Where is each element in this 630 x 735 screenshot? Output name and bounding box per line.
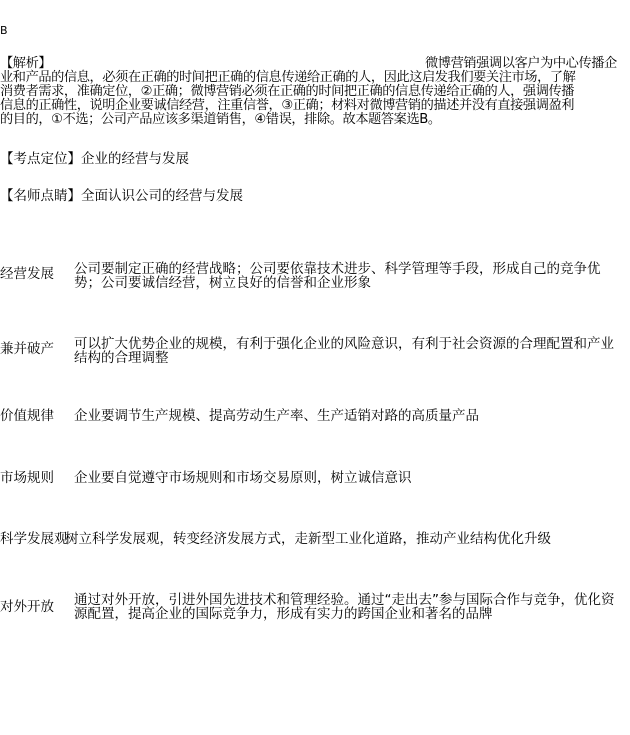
row-desc: 企业要自觉遵守市场规则和市场交易原则，树立诚信意识: [74, 471, 624, 485]
analysis-line: 消费者需求，准确定位，②正确；微博营销必须在正确的时间把正确的信息传递给正确的人…: [0, 85, 630, 99]
analysis-line: 业和产品的信息，必须在正确的时间把正确的信息传递给正确的人，因此这启发我们要关注…: [0, 71, 630, 85]
teacher-note-text: 全面认识公司的经营与发展: [81, 188, 243, 204]
teacher-note: 【名师点睛】全面认识公司的经营与发展: [0, 188, 243, 204]
analysis-line: 的目的，①不选；公司产品应该多渠道销售，④错误，排除。故本题答案选B。: [0, 113, 630, 127]
analysis-line: 信息的正确性，说明企业要诚信经营，注重信誉，③正确；材料对微博营销的描述并没有直…: [0, 99, 630, 113]
teacher-note-label: 【名师点睛】: [0, 188, 81, 204]
analysis-first-line: 【解析】微博营销强调以客户为中心传播企: [0, 57, 630, 71]
row-desc: 企业要调节生产规模、提高劳动生产率、生产适销对路的高质量产品: [74, 409, 624, 423]
row-term: 兼并破产: [0, 342, 54, 356]
key-point-text: 企业的经营与发展: [81, 151, 189, 167]
key-point-label: 【考点定位】: [0, 151, 81, 167]
analysis-section: 【解析】微博营销强调以客户为中心传播企 业和产品的信息，必须在正确的时间把正确的…: [0, 57, 630, 127]
analysis-label: 【解析】: [0, 57, 425, 71]
row-term: 市场规则: [0, 471, 54, 485]
key-point: 【考点定位】企业的经营与发展: [0, 151, 189, 167]
answer-letter: B: [0, 24, 8, 37]
row-desc: 通过对外开放，引进外国先进技术和管理经验。通过“走出去”参与国际合作与竞争，优化…: [74, 593, 624, 621]
row-term: 科学发展观: [0, 532, 68, 546]
row-desc: 公司要制定正确的经营战略；公司要依靠技术进步、科学管理等手段，形成自己的竞争优势…: [74, 262, 624, 290]
row-term: 对外开放: [0, 600, 54, 614]
row-term: 价值规律: [0, 409, 54, 423]
analysis-first-line-text: 微博营销强调以客户为中心传播企: [425, 56, 617, 71]
row-desc: 可以扩大优势企业的规模，有利于强化企业的风险意识，有利于社会资源的合理配置和产业…: [74, 337, 624, 365]
row-desc: 树立科学发展观，转变经济发展方式，走新型工业化道路，推动产业结构优化升级: [65, 532, 615, 546]
row-term: 经营发展: [0, 267, 54, 281]
